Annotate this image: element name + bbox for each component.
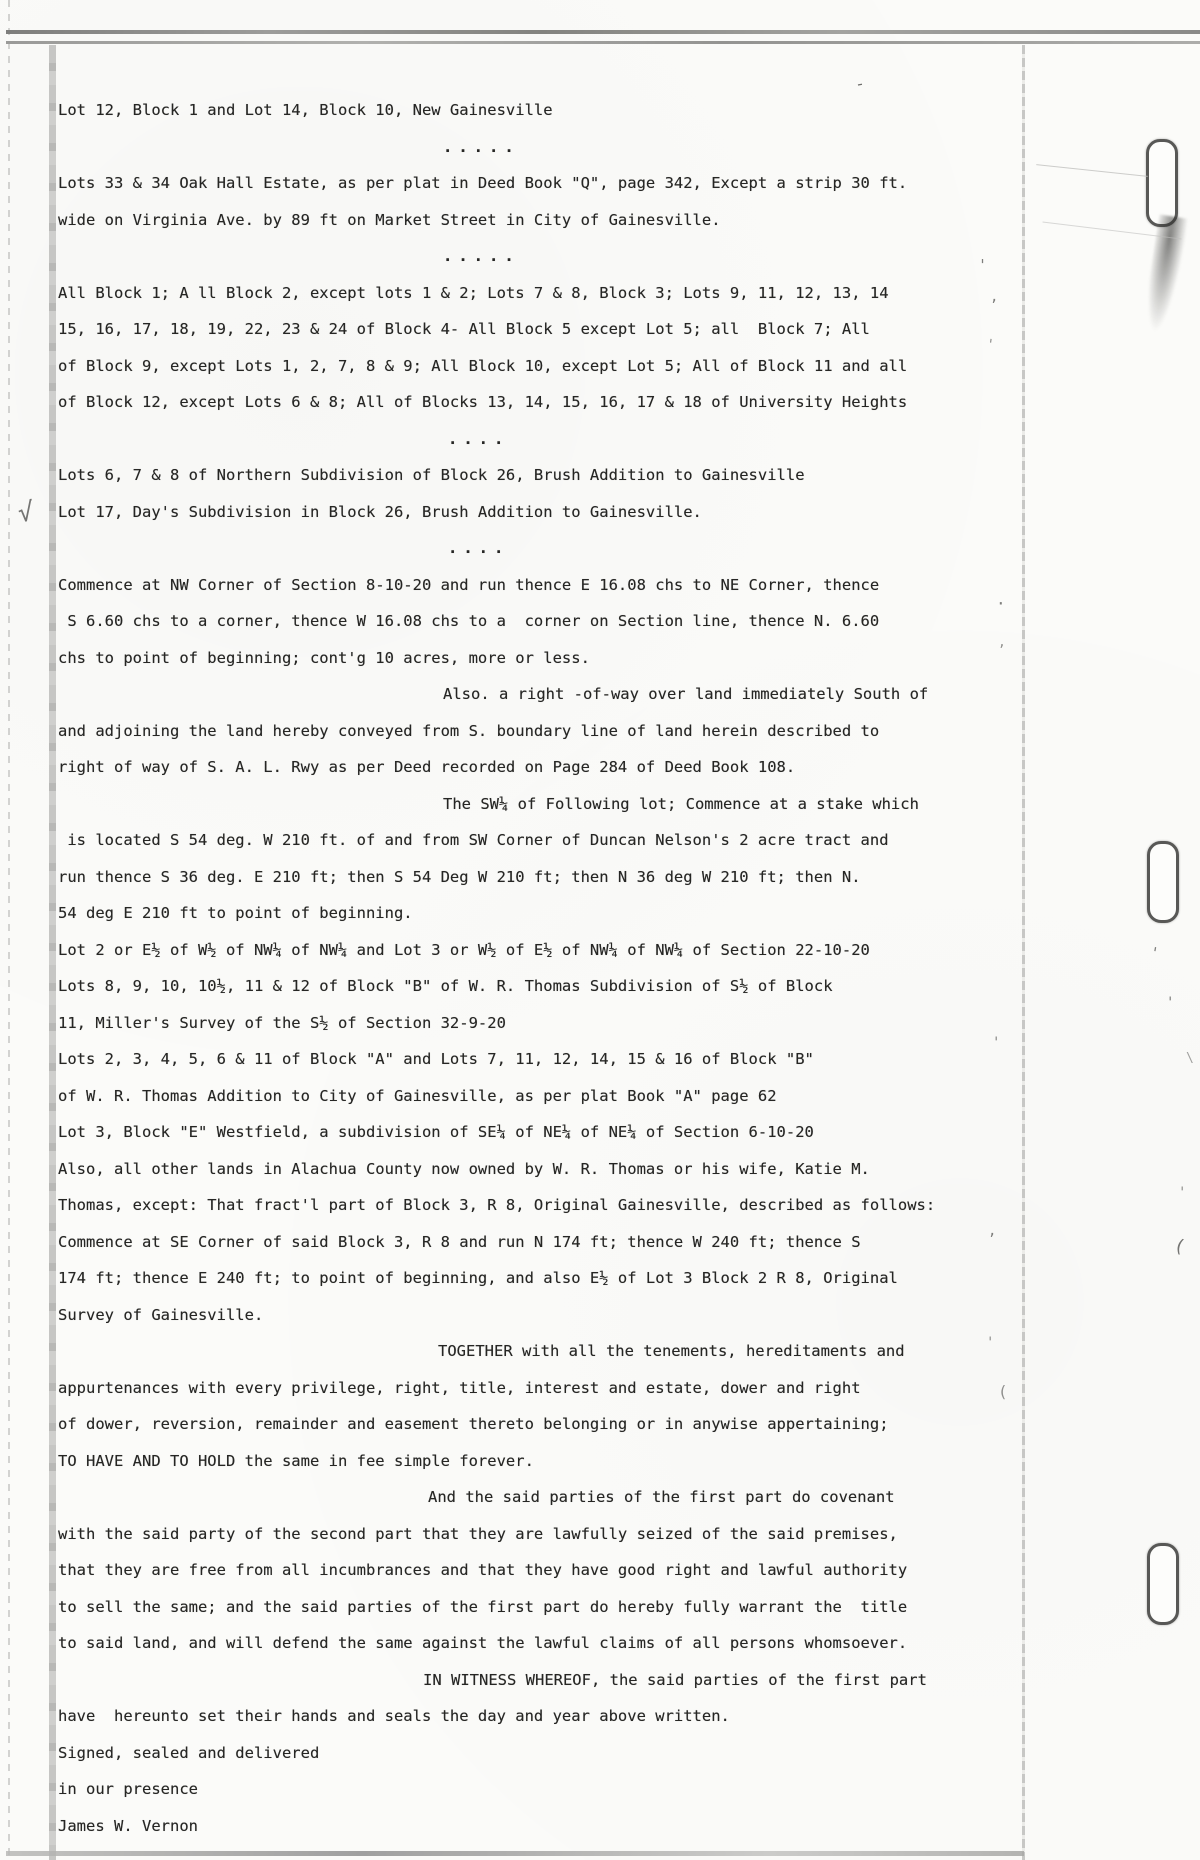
document-line: is located S 54 deg. W 210 ft. of and fr… (58, 822, 958, 859)
document-line: Lot 12, Block 1 and Lot 14, Block 10, Ne… (58, 92, 958, 129)
document-line: TO HAVE AND TO HOLD the same in fee simp… (58, 1443, 958, 1480)
document-line: Lots 2, 3, 4, 5, 6 & 11 of Block "A" and… (58, 1041, 958, 1078)
document-line: Survey of Gainesville. (58, 1297, 958, 1334)
document-line: with the said party of the second part t… (58, 1516, 958, 1553)
scan-artifact: , (998, 636, 1006, 649)
document-line: And the said parties of the first part d… (58, 1479, 958, 1516)
document-line: to sell the same; and the said parties o… (58, 1589, 958, 1626)
document-line: Commence at NW Corner of Section 8-10-20… (58, 567, 958, 604)
document-line: have hereunto set their hands and seals … (58, 1698, 958, 1735)
document-line: IN WITNESS WHEREOF, the said parties of … (58, 1662, 958, 1699)
scan-artifact: ' (1178, 1186, 1186, 1200)
document-line: right of way of S. A. L. Rwy as per Deed… (58, 749, 958, 786)
page-binding-edge-strip (49, 45, 56, 1860)
scan-artifact: · (996, 596, 1006, 612)
scan-artifact: ' (1166, 996, 1174, 1010)
document-line: Lot 2 or E½ of W½ of NW¼ of NW¼ and Lot … (58, 932, 958, 969)
document-line: James W. Vernon (58, 1808, 958, 1845)
scan-artifact: ( (998, 1384, 1008, 1400)
document-line: The SW¼ of Following lot; Commence at a … (58, 786, 958, 823)
document-line: of Block 12, except Lots 6 & 8; All of B… (58, 384, 958, 421)
document-line: that they are free from all incumbrances… (58, 1552, 958, 1589)
document-line: of Block 9, except Lots 1, 2, 7, 8 & 9; … (58, 348, 958, 385)
punch-hole-bottom (1147, 1543, 1179, 1625)
document-line: 15, 16, 17, 18, 19, 22, 23 & 24 of Block… (58, 311, 958, 348)
document-line: 54 deg E 210 ft to point of beginning. (58, 895, 958, 932)
document-lines: Lot 12, Block 1 and Lot 14, Block 10, Ne… (58, 92, 958, 1844)
document-line: S 6.60 chs to a corner, thence W 16.08 c… (58, 603, 958, 640)
top-rule-upper (6, 30, 1200, 34)
document-line: Also, all other lands in Alachua County … (58, 1151, 958, 1188)
document-line: of dower, reversion, remainder and easem… (58, 1406, 958, 1443)
document-line: Thomas, except: That fract'l part of Blo… (58, 1187, 958, 1224)
document-line: chs to point of beginning; cont'g 10 acr… (58, 640, 958, 677)
separator-dots: ..... (58, 129, 958, 166)
separator-dots: .... (58, 530, 958, 567)
document-line: Lot 17, Day's Subdivision in Block 26, B… (58, 494, 958, 531)
scan-artifact: √ (17, 499, 35, 526)
separator-dots: ..... (58, 238, 958, 275)
document-line: TOGETHER with all the tenements, heredit… (58, 1333, 958, 1370)
document-line: of W. R. Thomas Addition to City of Gain… (58, 1078, 958, 1115)
separator-dots: .... (58, 421, 958, 458)
document-line: Lots 33 & 34 Oak Hall Estate, as per pla… (58, 165, 958, 202)
document-line: Lot 3, Block "E" Westfield, a subdivisio… (58, 1114, 958, 1151)
scan-artifact: , (988, 1224, 996, 1238)
document-line: Commence at SE Corner of said Block 3, R… (58, 1224, 958, 1261)
page-right-edge-line (1022, 45, 1025, 1860)
document-line: to said land, and will defend the same a… (58, 1625, 958, 1662)
document-line: in our presence (58, 1771, 958, 1808)
scan-artifact: ' (978, 258, 987, 273)
document-line: run thence S 36 deg. E 210 ft; then S 54… (58, 859, 958, 896)
scan-artifact: ' (992, 1036, 1000, 1050)
scanner-edge-line (8, 0, 10, 1860)
document-line: 174 ft; thence E 240 ft; to point of beg… (58, 1260, 958, 1297)
scan-artifact: \ (1186, 1052, 1194, 1065)
punch-hole-middle (1147, 841, 1179, 923)
page-bottom-edge (6, 1851, 1024, 1856)
document-line: Also. a right -of-way over land immediat… (58, 676, 958, 713)
document-line: All Block 1; A ll Block 2, except lots 1… (58, 275, 958, 312)
document-line: appurtenances with every privilege, righ… (58, 1370, 958, 1407)
scan-artifact: , (990, 290, 998, 304)
document-line: Lots 8, 9, 10, 10½, 11 & 12 of Block "B"… (58, 968, 958, 1005)
scan-artifact: ' (986, 1336, 994, 1350)
top-rule-lower (6, 41, 1200, 44)
document-line: and adjoining the land hereby conveyed f… (58, 713, 958, 750)
document-line: 11, Miller's Survey of the S½ of Section… (58, 1005, 958, 1042)
document-line: Signed, sealed and delivered (58, 1735, 958, 1772)
document-line: wide on Virginia Ave. by 89 ft on Market… (58, 202, 958, 239)
document-line: Lots 6, 7 & 8 of Northern Subdivision of… (58, 457, 958, 494)
